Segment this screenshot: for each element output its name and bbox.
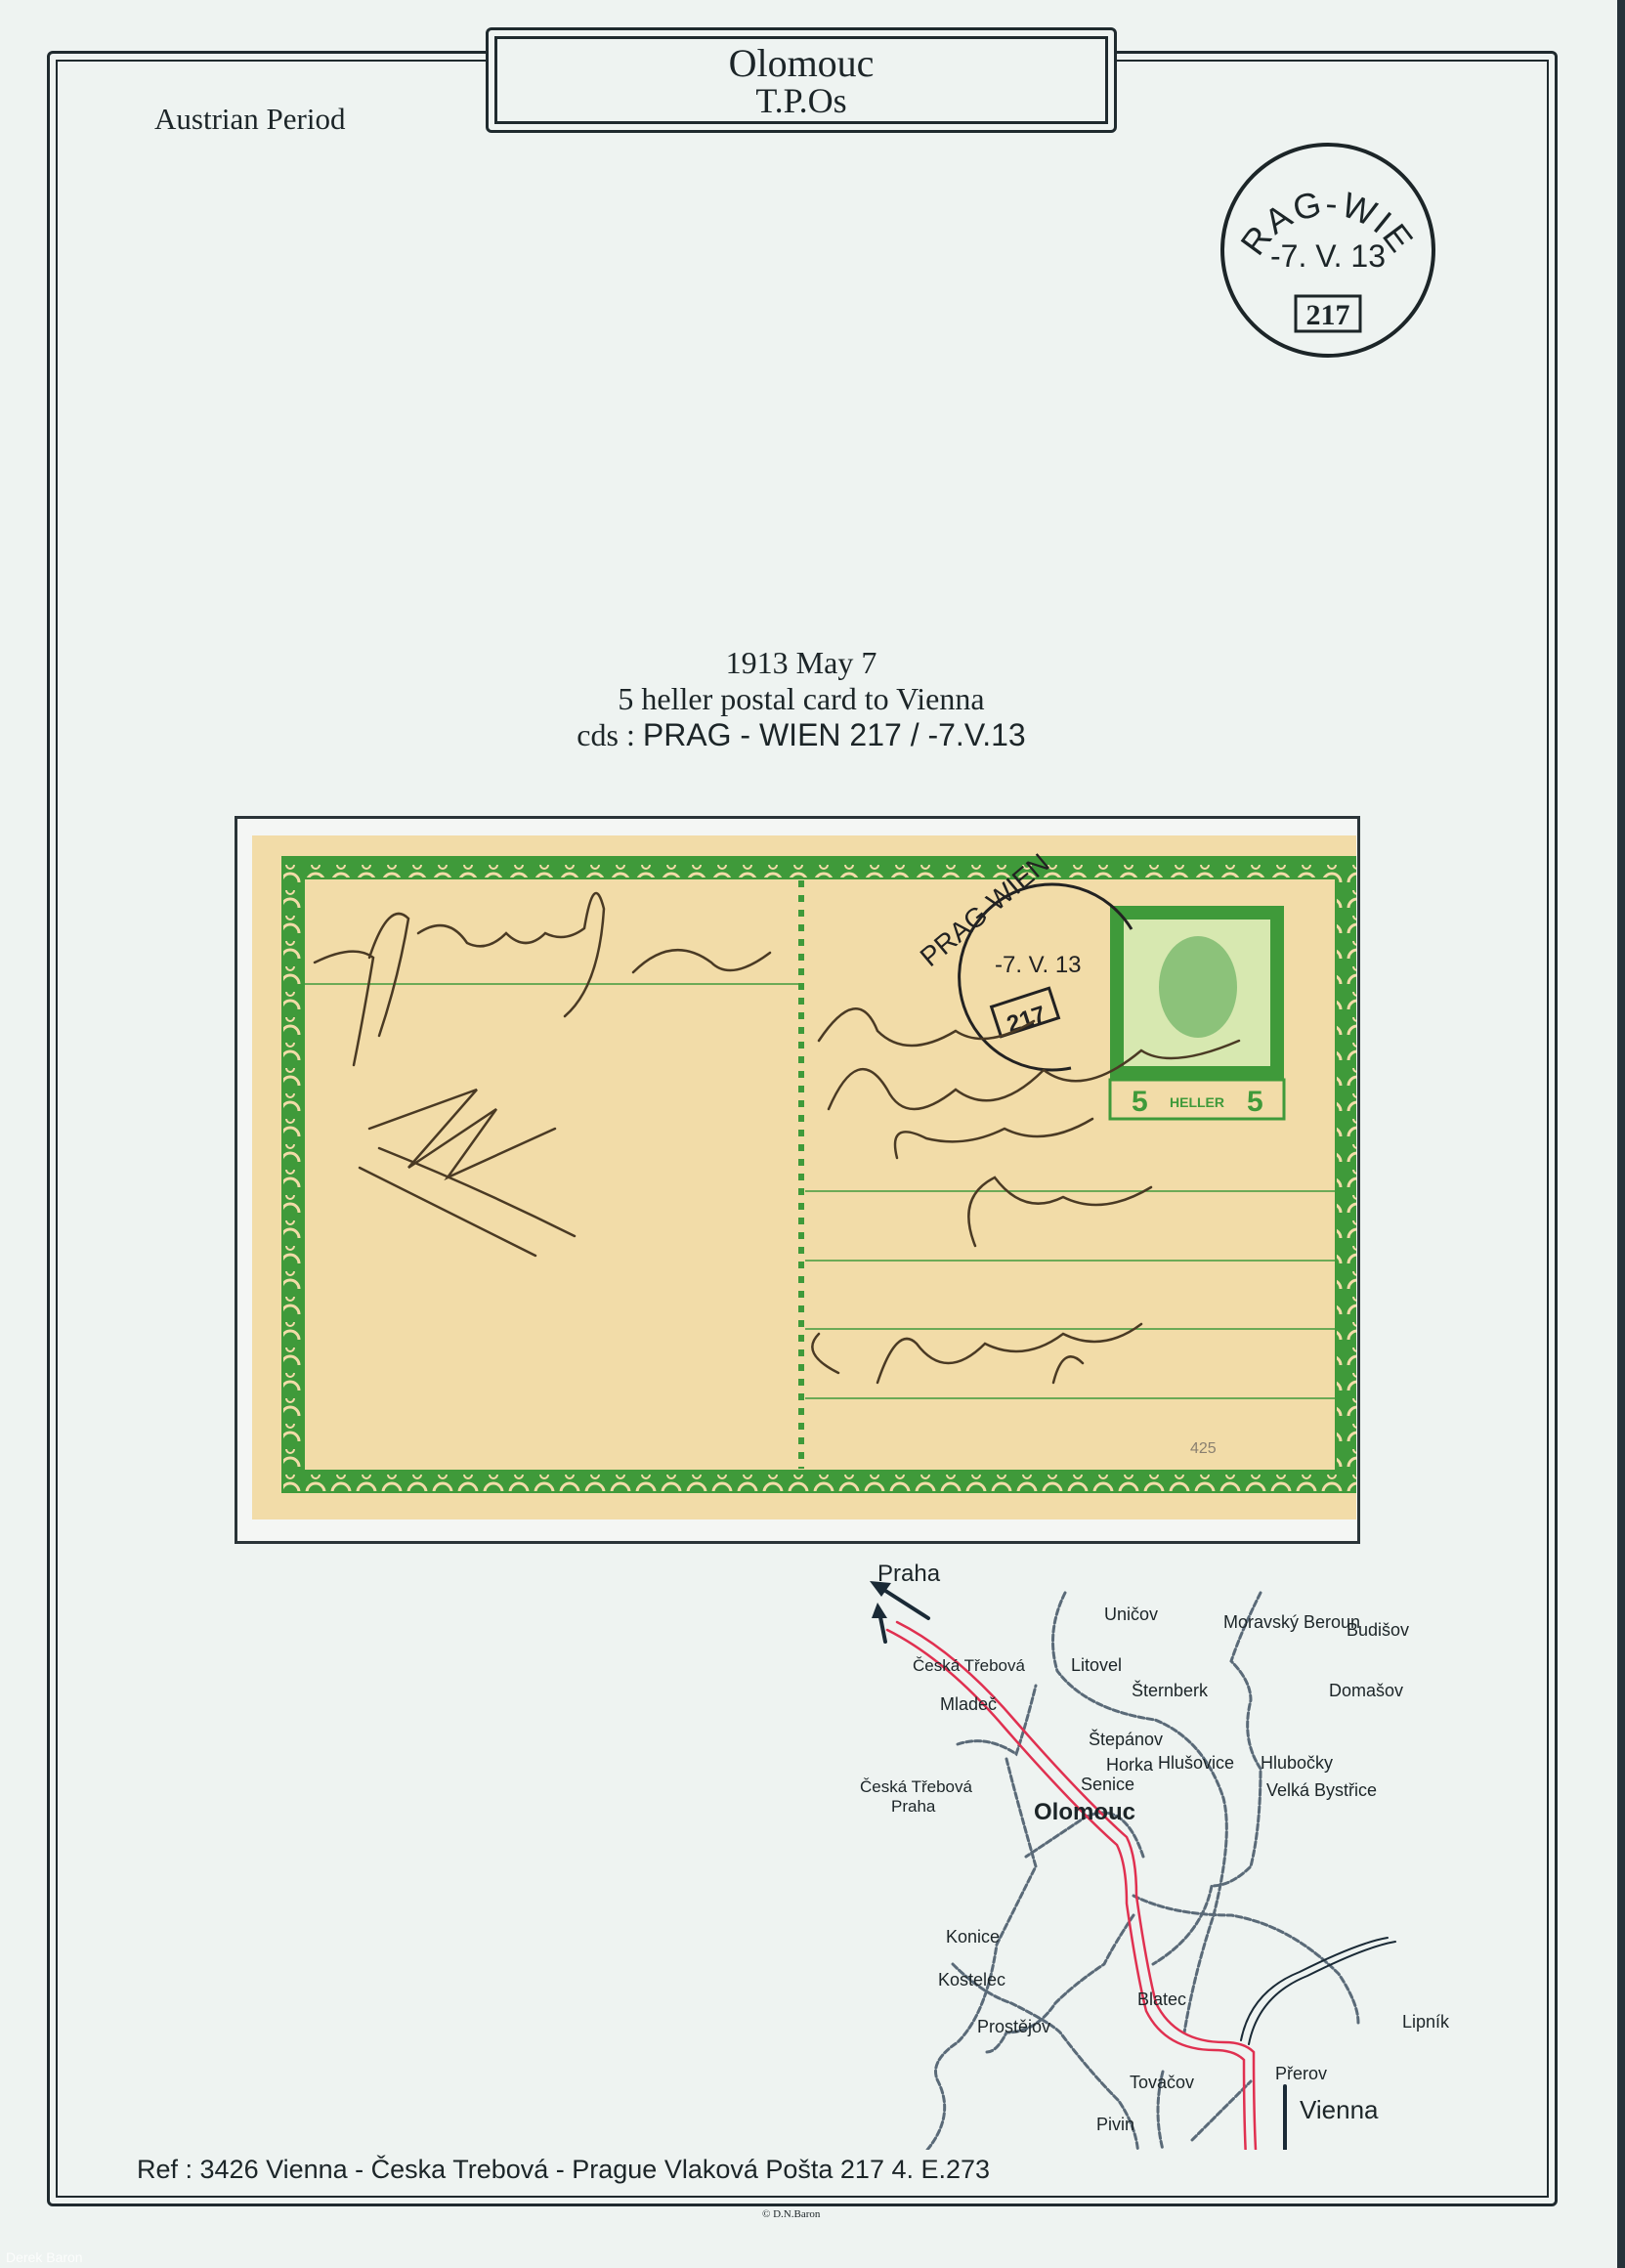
svg-text:Litovel: Litovel [1071,1655,1122,1675]
svg-text:Tovačov: Tovačov [1130,2073,1194,2092]
svg-text:Budišov: Budišov [1347,1620,1409,1640]
svg-text:Konice: Konice [946,1927,1000,1947]
postmark-illustration: PRAG-WIEN -7. V. 13 217 [1218,140,1438,361]
caption-cds-value: PRAG - WIEN 217 / -7.V.13 [643,717,1026,752]
watermark: Derek Baron [6,2249,83,2265]
svg-text:5: 5 [1247,1086,1263,1118]
svg-text:Moravský Beroun: Moravský Beroun [1223,1612,1360,1632]
svg-text:Štepánov: Štepánov [1089,1729,1163,1749]
title-box: Olomouc T.P.Os [486,27,1117,133]
reference-note: Ref : 3426 Vienna - Česka Trebová - Prag… [137,2155,990,2185]
postal-card-artwork: 5 HELLER 5 PRAG-WIEN -7. V. 13 217 425 [252,835,1356,1519]
caption-cds-prefix: cds : [577,717,635,752]
svg-text:Pivin: Pivin [1096,2115,1134,2134]
svg-text:5: 5 [1132,1086,1148,1118]
svg-text:Česká Třebová: Česká Třebová [860,1777,973,1796]
svg-text:-7. V. 13: -7. V. 13 [1270,238,1386,274]
svg-text:Hlušovice: Hlušovice [1158,1753,1234,1773]
caption-description: 5 heller postal card to Vienna [391,681,1212,717]
svg-text:HELLER: HELLER [1170,1094,1224,1110]
copyright: © D.N.Baron [762,2208,820,2220]
page-title: Olomouc [489,44,1114,83]
svg-text:Senice: Senice [1081,1775,1134,1794]
svg-text:425: 425 [1190,1440,1217,1457]
svg-text:Blatec: Blatec [1137,1990,1186,2009]
railway-map: Česká TřebováUničovMoravský BerounBudišo… [840,1563,1466,2150]
svg-text:Česká Třebová: Česká Třebová [913,1656,1026,1675]
svg-text:Mladeč: Mladeč [940,1694,997,1714]
svg-text:Praha: Praha [877,1563,941,1587]
svg-text:-7. V. 13: -7. V. 13 [995,952,1082,978]
svg-text:Horka: Horka [1106,1755,1154,1775]
svg-text:217: 217 [1306,299,1350,331]
svg-text:Prostějov: Prostějov [977,2017,1050,2036]
svg-text:Přerov: Přerov [1275,2064,1327,2083]
svg-text:Velká Bystřice: Velká Bystřice [1266,1780,1377,1800]
svg-text:Kostelec: Kostelec [938,1970,1005,1990]
caption-cds: cds : PRAG - WIEN 217 / -7.V.13 [391,717,1212,753]
imprinted-stamp: 5 HELLER 5 [1110,906,1284,1119]
scan-edge [1617,0,1625,2268]
svg-text:Domašov: Domašov [1329,1681,1403,1700]
svg-text:Olomouc: Olomouc [1034,1799,1135,1825]
svg-text:Vienna: Vienna [1300,2095,1379,2124]
svg-text:Šternberk: Šternberk [1132,1680,1209,1700]
svg-text:Uničov: Uničov [1104,1605,1158,1624]
caption-date: 1913 May 7 [391,645,1212,681]
svg-text:Hlubočky: Hlubočky [1261,1753,1333,1773]
period-label: Austrian Period [154,102,345,137]
page-subtitle: T.P.Os [489,81,1114,120]
svg-text:Lipník: Lipník [1402,2012,1450,2032]
svg-text:Praha: Praha [891,1797,936,1816]
